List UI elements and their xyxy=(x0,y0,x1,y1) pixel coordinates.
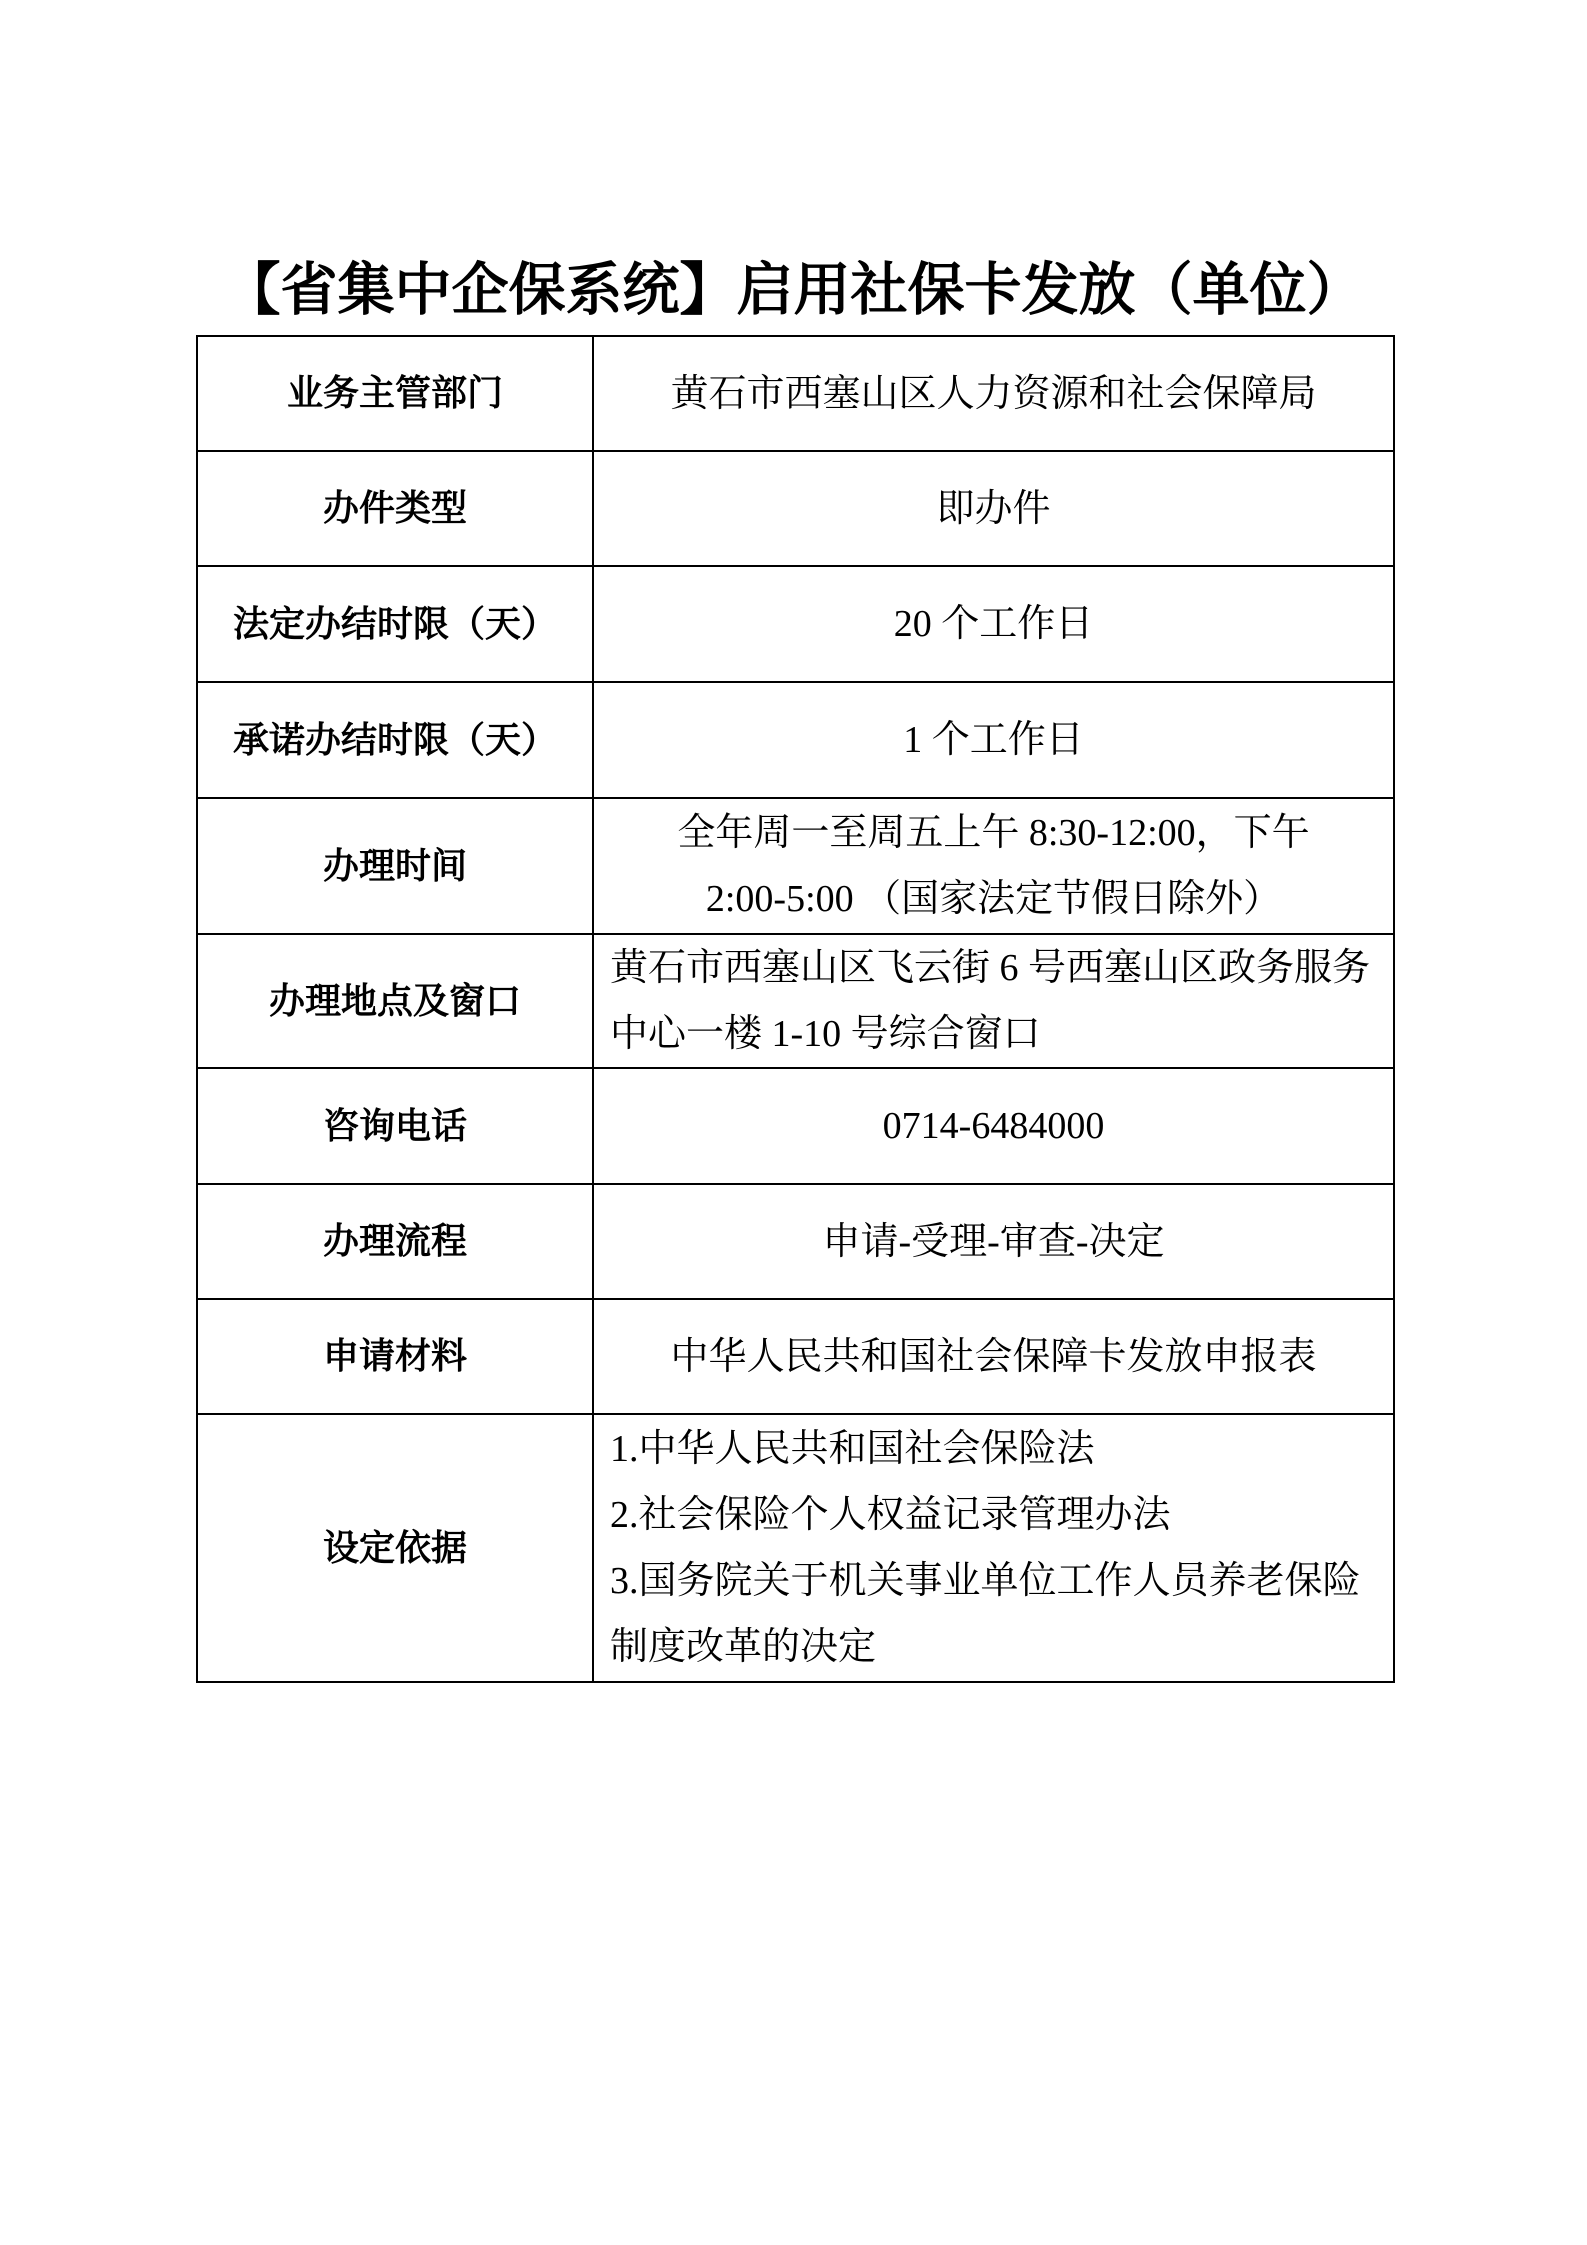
table-row: 办理时间 全年周一至周五上午 8:30-12:00，下午 2:00-5:00 （… xyxy=(197,798,1394,934)
row-value: 黄石市西塞山区人力资源和社会保障局 xyxy=(593,336,1394,451)
row-label: 承诺办结时限（天） xyxy=(197,682,593,798)
row-value: 黄石市西塞山区飞云街 6 号西塞山区政务服务中心一楼 1-10 号综合窗口 xyxy=(593,934,1394,1068)
table-row: 法定办结时限（天） 20 个工作日 xyxy=(197,566,1394,682)
table-row: 办理地点及窗口 黄石市西塞山区飞云街 6 号西塞山区政务服务中心一楼 1-10 … xyxy=(197,934,1394,1068)
row-value: 全年周一至周五上午 8:30-12:00，下午 2:00-5:00 （国家法定节… xyxy=(593,798,1394,934)
row-value: 中华人民共和国社会保障卡发放申报表 xyxy=(593,1299,1394,1414)
table-row: 设定依据 1.中华人民共和国社会保险法 2.社会保险个人权益记录管理办法 3.国… xyxy=(197,1414,1394,1682)
row-value: 1.中华人民共和国社会保险法 2.社会保险个人权益记录管理办法 3.国务院关于机… xyxy=(593,1414,1394,1682)
row-value: 1 个工作日 xyxy=(593,682,1394,798)
table-row: 业务主管部门 黄石市西塞山区人力资源和社会保障局 xyxy=(197,336,1394,451)
row-label: 申请材料 xyxy=(197,1299,593,1414)
row-label: 业务主管部门 xyxy=(197,336,593,451)
page-title: 【省集中企保系统】启用社保卡发放（单位） xyxy=(0,258,1587,324)
table-row: 办件类型 即办件 xyxy=(197,451,1394,566)
info-table: 业务主管部门 黄石市西塞山区人力资源和社会保障局 办件类型 即办件 法定办结时限… xyxy=(196,335,1395,1683)
row-value: 即办件 xyxy=(593,451,1394,566)
row-value: 20 个工作日 xyxy=(593,566,1394,682)
table-row: 办理流程 申请-受理-审查-决定 xyxy=(197,1184,1394,1299)
row-label: 设定依据 xyxy=(197,1414,593,1682)
row-label: 办件类型 xyxy=(197,451,593,566)
row-label: 办理时间 xyxy=(197,798,593,934)
row-label: 咨询电话 xyxy=(197,1068,593,1184)
row-value: 申请-受理-审查-决定 xyxy=(593,1184,1394,1299)
row-value: 0714-6484000 xyxy=(593,1068,1394,1184)
row-label: 办理地点及窗口 xyxy=(197,934,593,1068)
row-label: 办理流程 xyxy=(197,1184,593,1299)
row-label: 法定办结时限（天） xyxy=(197,566,593,682)
table-row: 咨询电话 0714-6484000 xyxy=(197,1068,1394,1184)
document-page: 【省集中企保系统】启用社保卡发放（单位） 业务主管部门 黄石市西塞山区人力资源和… xyxy=(0,0,1587,2245)
table-row: 申请材料 中华人民共和国社会保障卡发放申报表 xyxy=(197,1299,1394,1414)
table-row: 承诺办结时限（天） 1 个工作日 xyxy=(197,682,1394,798)
